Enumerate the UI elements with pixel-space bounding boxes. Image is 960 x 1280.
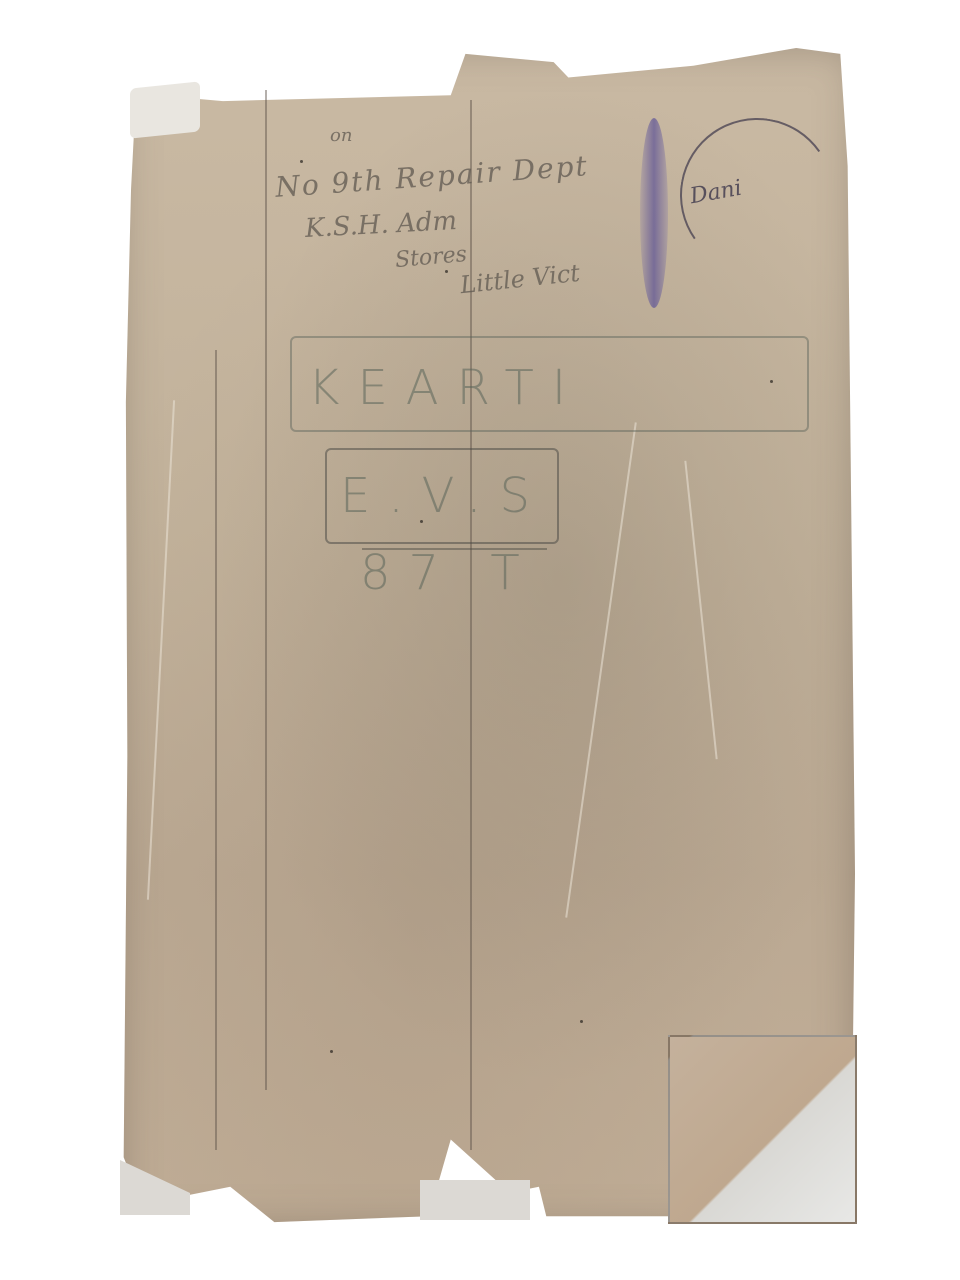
pencil-note-line-1: on (330, 125, 352, 146)
purple-crayon-mark (640, 118, 668, 308)
torn-corner-patch (668, 1035, 857, 1224)
crack-line (215, 350, 217, 1150)
speck (770, 380, 773, 383)
stencil-text-line-2: E.V.S (340, 468, 548, 524)
speck (300, 160, 303, 163)
torn-bottom-center (420, 1180, 530, 1220)
speck (580, 1020, 583, 1023)
speck (420, 520, 423, 523)
speck (445, 270, 448, 273)
crack-line (470, 100, 472, 1150)
speck (330, 1050, 333, 1053)
stencil-text-line-3: 87 T (360, 545, 538, 601)
frayed-spine-corner (130, 81, 200, 138)
stencil-text-line-1: KEARTI (308, 360, 584, 416)
crack-line (265, 90, 267, 1090)
